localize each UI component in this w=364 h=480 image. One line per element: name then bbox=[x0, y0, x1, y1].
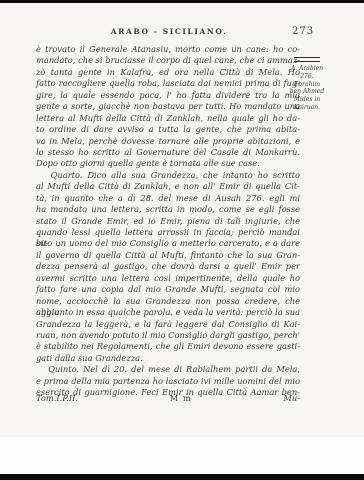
body-line: avermi scritto una lettera così impertin… bbox=[36, 273, 300, 284]
body-line: ruan, non avendo potuto il mio Consiglio… bbox=[36, 330, 300, 341]
body-line: al Mufti della Città di Zanklah, e non a… bbox=[36, 181, 300, 192]
body-line: il governo di quella Città al Mufti, fin… bbox=[36, 250, 300, 261]
body-text: è trovato il Generale Atanasiu, morto co… bbox=[36, 44, 300, 399]
scan-border-bottom bbox=[0, 474, 364, 480]
body-line: lo stesso ho scritto al Governature del … bbox=[36, 147, 300, 158]
scan-lower-margin bbox=[0, 437, 364, 474]
footer-row: Tom.I.P.II. M m Mu- bbox=[36, 393, 300, 403]
body-line: quando lessi quella lettera arrossii in … bbox=[36, 227, 300, 238]
body-line: gati dalla sua Grandezza. bbox=[36, 353, 300, 364]
body-line: gente a sorte, giacchè non bastava per t… bbox=[36, 101, 300, 112]
body-line: gire, la quale essendo poca, l' ho fatta… bbox=[36, 90, 300, 101]
page-number: 273 bbox=[292, 26, 314, 37]
tome-signature: Tom.I.P.II. bbox=[36, 393, 78, 403]
body-line: zò tanta gente in Kalafra, ed ora nella … bbox=[36, 67, 300, 78]
body-line: mandato, che si bruciasse il corpo di qu… bbox=[36, 55, 300, 66]
body-line: lettera al Mufti della Città di Zanklah,… bbox=[36, 113, 300, 124]
running-header: ARABO - SICILIANO. bbox=[38, 27, 300, 36]
body-line: fatto raccogliere quella roba, lasciata … bbox=[36, 78, 300, 89]
catchword: Mu- bbox=[283, 393, 300, 403]
body-line: fatto fare una copia dal mio Grande Muft… bbox=[36, 284, 300, 295]
body-line: to ordine di dare avviso a tutta la gent… bbox=[36, 124, 300, 135]
body-line: va in Mela, perchè dovesse tornare alle … bbox=[36, 136, 300, 147]
body-line: bito un uomo del mio Consiglio a metterl… bbox=[36, 238, 300, 249]
body-line: dezza penserà al gastigo, che dovrà dars… bbox=[36, 261, 300, 272]
body-line: Quinto. Nel dì 20. del mese di Rabialhem… bbox=[36, 364, 300, 375]
body-line: tà, in quanto che a dì 28. del mese di A… bbox=[36, 193, 300, 204]
body-line: aggiunto in essa qualche parola, e veda … bbox=[36, 307, 300, 318]
body-line: ha mandato una lettera, scritta in modo,… bbox=[36, 204, 300, 215]
body-line: Quarto. Dico alla sua Grandezza, che int… bbox=[36, 170, 300, 181]
body-line: Grandezza la leggerà, e la farà leggere … bbox=[36, 319, 300, 330]
body-line: è stabilito nei Regolamenti, che gli Emi… bbox=[36, 341, 300, 352]
body-line: stato il Grande Emir, ed io Emir, piena … bbox=[36, 216, 300, 227]
gathering-mark: M m bbox=[170, 393, 192, 403]
body-line: è trovato il Generale Atanasiu, morto co… bbox=[36, 44, 300, 55]
body-line: nome, acciocchè la sua Grandezza non pos… bbox=[36, 296, 300, 307]
body-line: Dopo otto giorni quella gente è tornata … bbox=[36, 158, 300, 169]
body-line: e prima della mia partenza ho lasciato i… bbox=[36, 376, 300, 387]
book-page: ARABO - SICILIANO. 273 A. Arabien276.Ebr… bbox=[0, 3, 364, 437]
